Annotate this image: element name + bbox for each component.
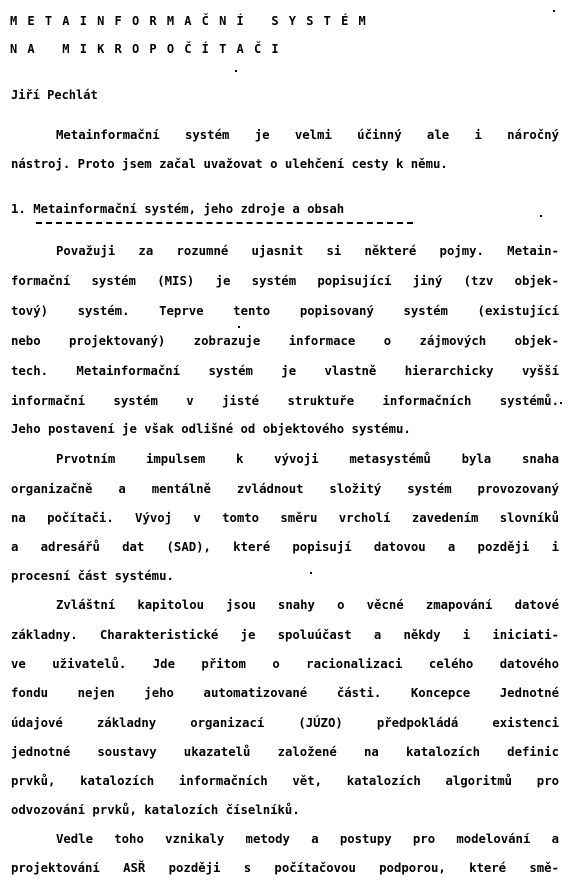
paragraph-line: základny. Charakteristické je spoluúčast… [11, 628, 559, 642]
intro-line: Metainformační systém je velmi účinný al… [56, 128, 559, 142]
paragraph-line: prvků, katalozích informačních vět, kata… [11, 774, 559, 788]
paragraph-line: Prvotním impulsem k vývoji metasystémů b… [56, 452, 559, 466]
paragraph-line: údajové základny organizací (JÚZO) předp… [11, 716, 559, 730]
paragraph-line: ve uživatelů. Jde přitom o racionalizaci… [11, 657, 559, 671]
paragraph-line: tech. Metainformační systém je vlastně h… [11, 364, 559, 378]
scan-speck [540, 215, 542, 217]
paragraph-line: fondu nejen jeho automatizované části. K… [11, 686, 559, 700]
scan-speck [235, 70, 237, 72]
paragraph-line: projektování ASŘ později s počítačovou p… [11, 861, 559, 875]
paragraph-line: organizačně a mentálně zvládnout složitý… [11, 482, 559, 496]
paragraph-line: tový) systém. Teprve tento popisovaný sy… [11, 304, 559, 318]
paragraph-line: na počítači. Vývoj v tomto směru vrcholí… [11, 511, 559, 525]
paragraph-line: Považuji za rozumné ujasnit si některé p… [56, 244, 559, 258]
paragraph-line: formační systém (MIS) je systém popisují… [11, 274, 559, 288]
author-name: Jiří Pechlát [11, 88, 98, 102]
paragraph-line: Vedle toho vznikaly metody a postupy pro… [56, 832, 559, 846]
paragraph-line: Jeho postavení je však odlišné od objekt… [11, 422, 559, 436]
paragraph-line: jednotné soustavy ukazatelů založené na … [11, 745, 559, 759]
document-title-line-1: METAINFORMAČNÍ SYSTÉM [10, 14, 376, 28]
paragraph-line: nebo projektovaný) zobrazuje informace o… [11, 334, 559, 348]
paragraph-line: Zvláštní kapitolou jsou snahy o věcné zm… [56, 598, 559, 612]
scanned-page: METAINFORMAČNÍ SYSTÉM NA MIKROPOČÍTAČI J… [0, 0, 570, 883]
scan-speck [560, 402, 562, 404]
paragraph-line: procesní část systému. [11, 569, 559, 583]
heading-underline [36, 222, 413, 224]
paragraph-line: a adresářů dat (SAD), které popisují dat… [11, 540, 559, 554]
intro-line: nástroj. Proto jsem začal uvažovat o ule… [11, 157, 559, 171]
document-title-line-2: NA MIKROPOČÍTAČI [10, 42, 289, 56]
scan-speck [310, 572, 312, 574]
scan-speck [553, 10, 555, 12]
paragraph-line: informační systém v jisté struktuře info… [11, 394, 559, 408]
paragraph-line: odvozování prvků, katalozích číselníků. [11, 803, 559, 817]
section-heading: 1. Metainformační systém, jeho zdroje a … [11, 202, 344, 216]
scan-speck [238, 326, 240, 328]
